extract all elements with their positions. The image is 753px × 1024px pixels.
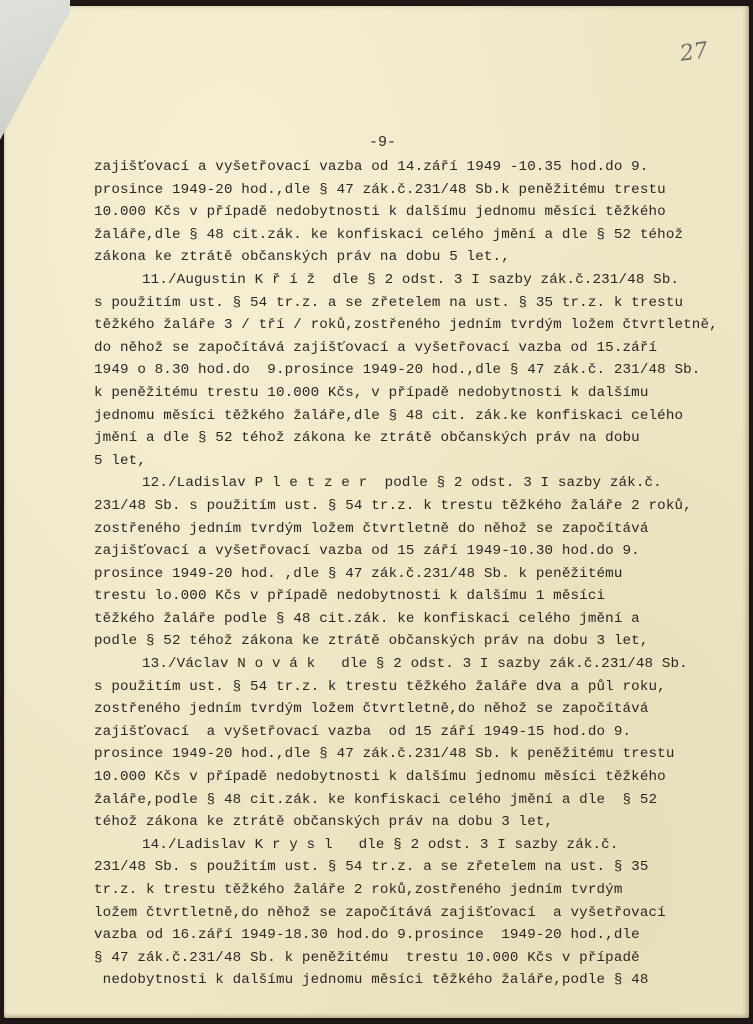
text-line: těžkého žaláře 3 / tří / roků,zostřeného… (94, 314, 753, 337)
text-line: 10.000 Kčs v případě nedobytnosti k dalš… (94, 201, 753, 224)
typewritten-document-page: 27 -9- zajišťovací a vyšetřovací vazba o… (4, 6, 749, 1018)
text-line: zákona ke ztrátě občanských práv na dobu… (94, 246, 753, 269)
text-line: s použitím ust. § 54 tr.z. a se zřetelem… (94, 292, 753, 315)
text-line: 5 let, (94, 450, 753, 473)
text-line: k peněžitému trestu 10.000 Kčs, v případ… (94, 382, 753, 405)
text-line: 1949 o 8.30 hod.do 9.prosince 1949-20 ho… (94, 359, 753, 382)
text-line: žaláře,podle § 48 cit.zák. ke konfiskaci… (94, 789, 753, 812)
text-line: § 47 zák.č.231/48 Sb. k peněžitému trest… (94, 947, 753, 970)
text-line: zostřeného jedním tvrdým ložem čtvrtletn… (94, 698, 753, 721)
text-line: jednomu měsíci těžkého žaláře,dle § 48 c… (94, 405, 753, 428)
text-line: podle § 52 téhož zákona ke ztrátě občans… (94, 630, 753, 653)
text-line: s použitím ust. § 54 tr.z. k trestu těžk… (94, 676, 753, 699)
text-line: 11./Augustin K ř í ž dle § 2 odst. 3 I s… (94, 269, 753, 292)
text-line: prosince 1949-20 hod.,dle § 47 zák.č.231… (94, 743, 753, 766)
scanned-page-viewport: 27 -9- zajišťovací a vyšetřovací vazba o… (0, 0, 753, 1024)
text-line: 231/48 Sb. s použitím ust. § 54 tr.z. k … (94, 495, 753, 518)
text-line: prosince 1949-20 hod.,dle § 47 zák.č.231… (94, 179, 753, 202)
text-line: žaláře,dle § 48 cit.zák. ke konfiskaci c… (94, 224, 753, 247)
text-line: 231/48 Sb. s použitím ust. § 54 tr.z. a … (94, 856, 753, 879)
text-line: 13./Václav N o v á k dle § 2 odst. 3 I s… (94, 653, 753, 676)
document-body: zajišťovací a vyšetřovací vazba od 14.zá… (94, 156, 753, 992)
handwritten-folio-number: 27 (678, 38, 709, 67)
text-line: ložem čtvrtletně,do něhož se započítává … (94, 902, 753, 925)
text-line: zajišťovací a vyšetřovací vazba od 14.zá… (94, 156, 753, 179)
text-line: nedobytnosti k dalšímu jednomu měsíci tě… (94, 969, 753, 992)
text-line: vazba od 16.září 1949-18.30 hod.do 9.pro… (94, 924, 753, 947)
text-line: 12./Ladislav P l e t z e r podle § 2 ods… (94, 472, 753, 495)
text-line: zajišťovací a vyšetřovací vazba od 15 zá… (94, 540, 753, 563)
text-line: téhož zákona ke ztrátě občanských práv n… (94, 811, 753, 834)
text-line: prosince 1949-20 hod. ,dle § 47 zák.č.23… (94, 563, 753, 586)
text-line: jmění a dle § 52 téhož zákona ke ztrátě … (94, 427, 753, 450)
text-line: do něhož se započítává zajišťovací a vyš… (94, 337, 753, 360)
text-line: zostřeného jedním tvrdým ložem čtvrtletn… (94, 518, 753, 541)
text-line: těžkého žaláře podle § 48 cit.zák. ke ko… (94, 608, 753, 631)
text-line: zajišťovací a vyšetřovací vazba od 15 zá… (94, 721, 753, 744)
text-line: 10.000 Kčs v případě nedobytnosti k dalš… (94, 766, 753, 789)
text-line: trestu lo.000 Kčs v případě nedobytnosti… (94, 585, 753, 608)
text-line: tr.z. k trestu těžkého žaláře 2 roků,zos… (94, 879, 753, 902)
text-line: 14./Ladislav K r y s l dle § 2 odst. 3 I… (94, 834, 753, 857)
page-number: -9- (369, 134, 396, 151)
